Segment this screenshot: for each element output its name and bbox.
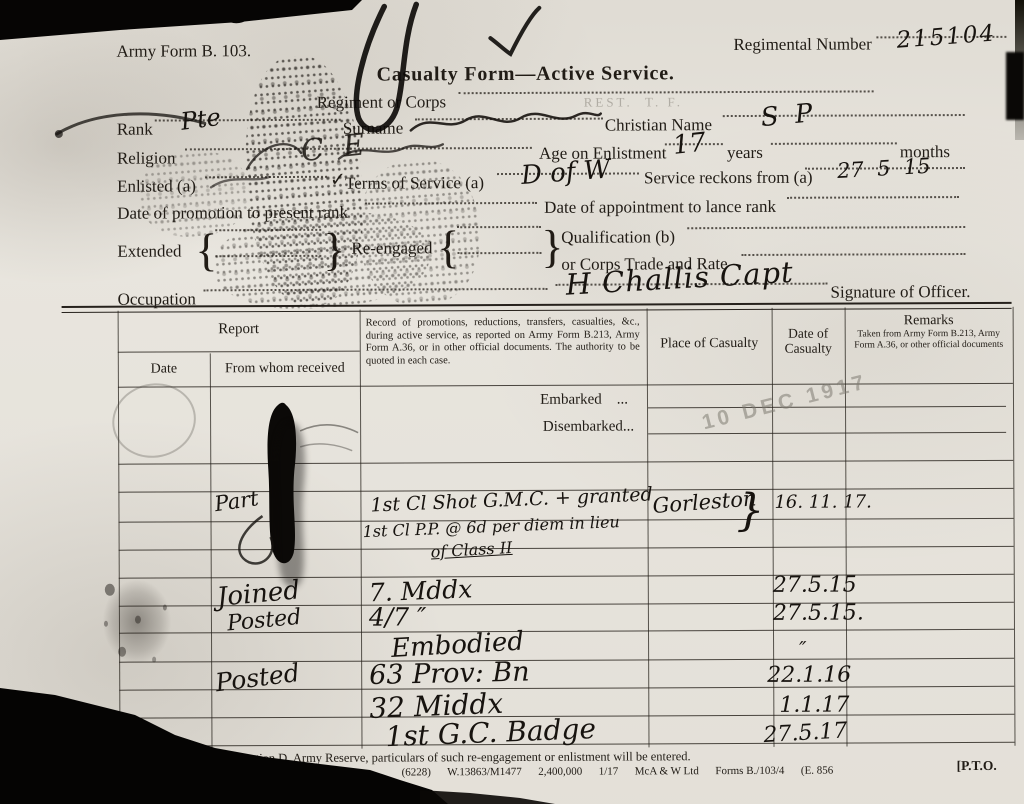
scan-edge-right-mark (1006, 52, 1024, 120)
pen-stroke-u (356, 4, 417, 129)
ink-blot-loop (239, 516, 272, 563)
margin-scribble (57, 114, 205, 134)
pen-marks-overlay (0, 0, 1024, 804)
document-content: Army Form B. 103. Casualty Form—Active S… (0, 0, 1024, 804)
enlisted-scrawl (211, 177, 269, 187)
checkmark-stroke (490, 8, 539, 54)
scanned-document: Army Form B. 103. Casualty Form—Active S… (0, 0, 1024, 804)
surname-scrawl (411, 113, 601, 130)
religion-scrawl (247, 143, 443, 169)
